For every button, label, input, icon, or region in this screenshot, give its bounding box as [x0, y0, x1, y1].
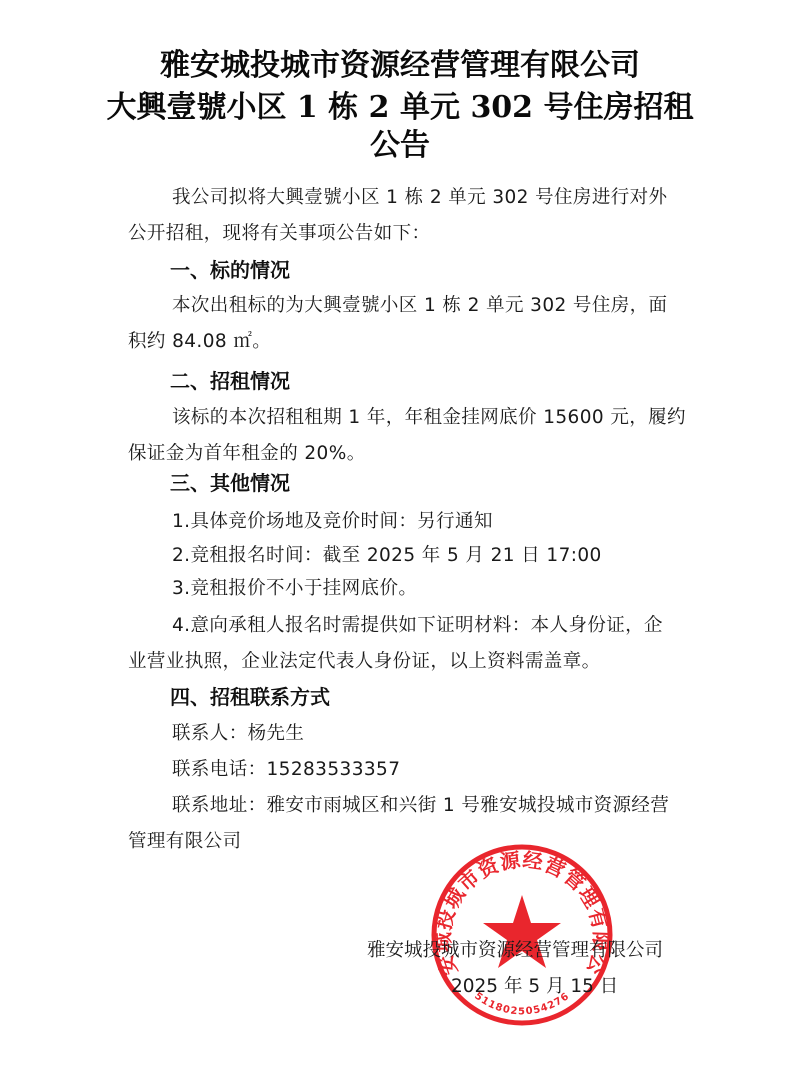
section-1-line-1: 本次出租标的为大興壹號小区 1 栋 2 单元 302 号住房，面	[172, 291, 667, 317]
intro-line-1: 我公司拟将大興壹號小区 1 栋 2 单元 302 号住房进行对外	[172, 183, 667, 209]
contact-person: 联系人：杨先生	[172, 719, 304, 745]
company-seal-icon: 雅安城投城市资源经营管理有限公司 5118025054276	[427, 840, 617, 1030]
signature-date: 2025 年 5 月 15 日	[451, 972, 618, 998]
section-1-line-2: 积约 84.08 ㎡。	[128, 327, 271, 353]
contact-address-cont: 管理有限公司	[128, 827, 241, 853]
section-3-item-1: 1.具体竞价场地及竞价时间：另行通知	[172, 507, 493, 533]
section-3-item-4-cont: 业营业执照，企业法定代表人身份证，以上资料需盖章。	[128, 647, 601, 673]
section-heading-2: 二、招租情况	[170, 365, 290, 394]
title-notice: 公告	[0, 120, 800, 164]
section-3-item-2: 2.竞租报名时间：截至 2025 年 5 月 21 日 17:00	[172, 541, 602, 567]
contact-address: 联系地址：雅安市雨城区和兴街 1 号雅安城投城市资源经营	[172, 791, 669, 817]
title-company: 雅安城投城市资源经营管理有限公司	[0, 40, 800, 84]
contact-phone: 联系电话：15283533357	[172, 755, 400, 781]
section-heading-4: 四、招租联系方式	[170, 681, 330, 710]
section-3-item-3: 3.竞租报价不小于挂网底价。	[172, 574, 417, 600]
intro-line-2: 公开招租，现将有关事项公告如下：	[128, 219, 430, 245]
section-heading-1: 一、标的情况	[170, 254, 290, 283]
section-3-item-4: 4.意向承租人报名时需提供如下证明材料：本人身份证，企	[172, 611, 663, 637]
section-2-line-2: 保证金为首年租金的 20%。	[128, 439, 366, 465]
section-heading-3: 三、其他情况	[170, 467, 290, 496]
section-2-line-1: 该标的本次招租租期 1 年，年租金挂网底价 15600 元，履约	[172, 403, 686, 429]
signature-company: 雅安城投城市资源经营管理有限公司	[367, 936, 663, 962]
